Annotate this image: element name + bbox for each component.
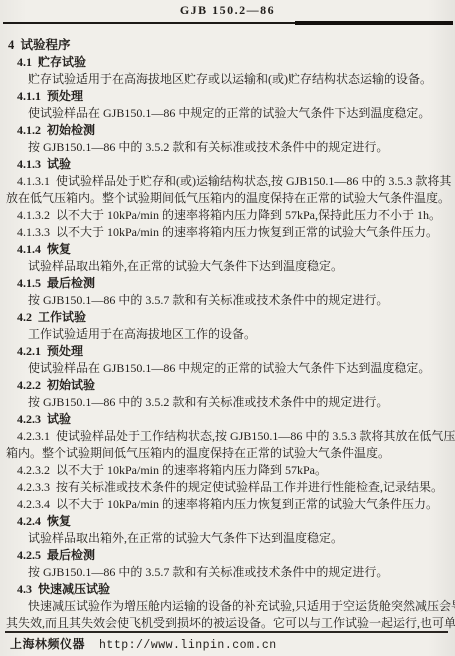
doc-line: 4.2.3 试验 [17, 411, 455, 428]
document-body: 4 试验程序4.1 贮存试验贮存试验适用于在高海拔地区贮存或以运输和(或)贮存结… [0, 37, 455, 632]
scanned-page: GJB 150.2—86 4 试验程序4.1 贮存试验贮存试验适用于在高海拔地区… [0, 0, 455, 656]
footer-url: http://www.linpin.com.cn [99, 639, 277, 652]
doc-line: 4.2.3.2 以不大于 10kPa/min 的速率将箱内压力降到 57kPa。 [17, 462, 455, 479]
doc-line: 4.1 贮存试验 [17, 54, 455, 71]
doc-line: 4.2 工作试验 [17, 309, 455, 326]
doc-line: 试验样品取出箱外,在正常的试验大气条件下达到温度稳定。 [28, 258, 455, 275]
doc-line: 试验样品取出箱外,在正常的试验大气条件下达到温度稳定。 [28, 530, 455, 547]
footer: 上海林频仪器http://www.linpin.com.cn [10, 635, 455, 652]
doc-line: 4.1.4 恢复 [17, 241, 455, 258]
standard-number: GJB 150.2—86 [0, 3, 455, 18]
doc-line: 4.1.3.1 使试验样品处于贮存和(或)运输结构状态,按 GJB150.1—8… [17, 173, 455, 190]
footer-rule [5, 631, 448, 633]
doc-line: 其失效,而且其失效会使飞机受到损坏的被运设备。它可以与工作试验一起运行,也可单独… [6, 615, 455, 632]
doc-line: 使试验样品在 GJB150.1—86 中规定的正常的试验大气条件下达到温度稳定。 [28, 360, 455, 377]
doc-line: 4.1.3 试验 [17, 156, 455, 173]
doc-line: 按 GJB150.1—86 中的 3.5.2 款和有关标准或技术条件中的规定进行… [28, 139, 455, 156]
doc-line: 放在低气压箱内。整个试验期间低气压箱内的温度保持在正常的试验大气条件温度。 [6, 190, 455, 207]
doc-line: 工作试验适用于在高海拔地区工作的设备。 [28, 326, 455, 343]
doc-line: 4.1.1 预处理 [17, 88, 455, 105]
doc-line: 4.2.1 预处理 [17, 343, 455, 360]
doc-line: 使试验样品在 GJB150.1—86 中规定的正常的试验大气条件下达到温度稳定。 [28, 105, 455, 122]
doc-line: 贮存试验适用于在高海拔地区贮存或以运输和(或)贮存结构状态运输的设备。 [28, 71, 455, 88]
doc-line: 4.1.5 最后检测 [17, 275, 455, 292]
doc-line: 4.1.3.2 以不大于 10kPa/min 的速率将箱内压力降到 57kPa,… [17, 207, 455, 224]
doc-line: 按 GJB150.1—86 中的 3.5.7 款和有关标准或技术条件中的规定进行… [28, 564, 455, 581]
doc-line: 4.1.3.3 以不大于 10kPa/min 的速率将箱内压力恢复到正常的试验大… [17, 224, 455, 241]
doc-line: 4.1.2 初始检测 [17, 122, 455, 139]
doc-line: 按 GJB150.1—86 中的 3.5.2 款和有关标准或技术条件中的规定进行… [28, 394, 455, 411]
doc-line: 按 GJB150.1—86 中的 3.5.7 款和有关标准或技术条件中的规定进行… [28, 292, 455, 309]
header-rule-smudge [295, 21, 453, 25]
footer-company: 上海林频仪器 [10, 637, 85, 651]
doc-line: 快速减压试验作为增压舱内运输的设备的补充试验,只适用于空运货舱突然减压会导致 [28, 598, 455, 615]
doc-line: 4.2.3.4 以不大于 10kPa/min 的速率将箱内压力恢复到正常的试验大… [17, 496, 455, 513]
doc-line: 4.2.4 恢复 [17, 513, 455, 530]
doc-line: 4.2.2 初始试验 [17, 377, 455, 394]
doc-line: 4.3 快速减压试验 [17, 581, 455, 598]
doc-line: 4.2.5 最后检测 [17, 547, 455, 564]
doc-line: 4 试验程序 [8, 37, 455, 54]
doc-line: 4.2.3.3 按有关标准或技术条件的规定使试验样品工作并进行性能检查,记录结果… [17, 479, 455, 496]
doc-line: 箱内。整个试验期间低气压箱内的温度保持在正常的试验大气条件温度。 [6, 445, 455, 462]
doc-line: 4.2.3.1 使试验样品处于工作结构状态,按 GJB150.1—86 中的 3… [17, 428, 455, 445]
